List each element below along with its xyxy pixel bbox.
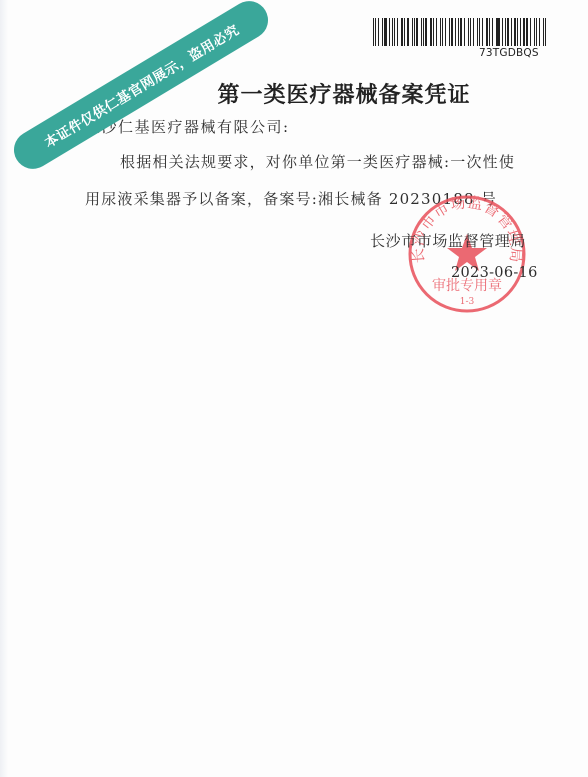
body-text-line-2: 用尿液采集器予以备案，备案号:湘长械备 20230188 号	[85, 188, 497, 209]
barcode-code: 73TGDBQS	[479, 47, 539, 59]
certificate-page: 73TGDBQS 第一类医疗器械备案凭证 长沙仁基医疗器械有限公司: 根据相关法…	[0, 0, 588, 777]
scan-edge-shadow	[0, 0, 8, 777]
issue-date: 2023-06-16	[451, 265, 538, 281]
official-seal-icon: 长沙市市场监督管理局 审批专用章 1-3	[405, 192, 529, 316]
body-text-line-1: 根据相关法规要求，对你单位第一类医疗器械:一次性使	[120, 151, 515, 172]
svg-text:1-3: 1-3	[460, 297, 475, 307]
barcode	[373, 18, 548, 46]
issuing-authority: 长沙市市场监督管理局	[370, 230, 526, 251]
